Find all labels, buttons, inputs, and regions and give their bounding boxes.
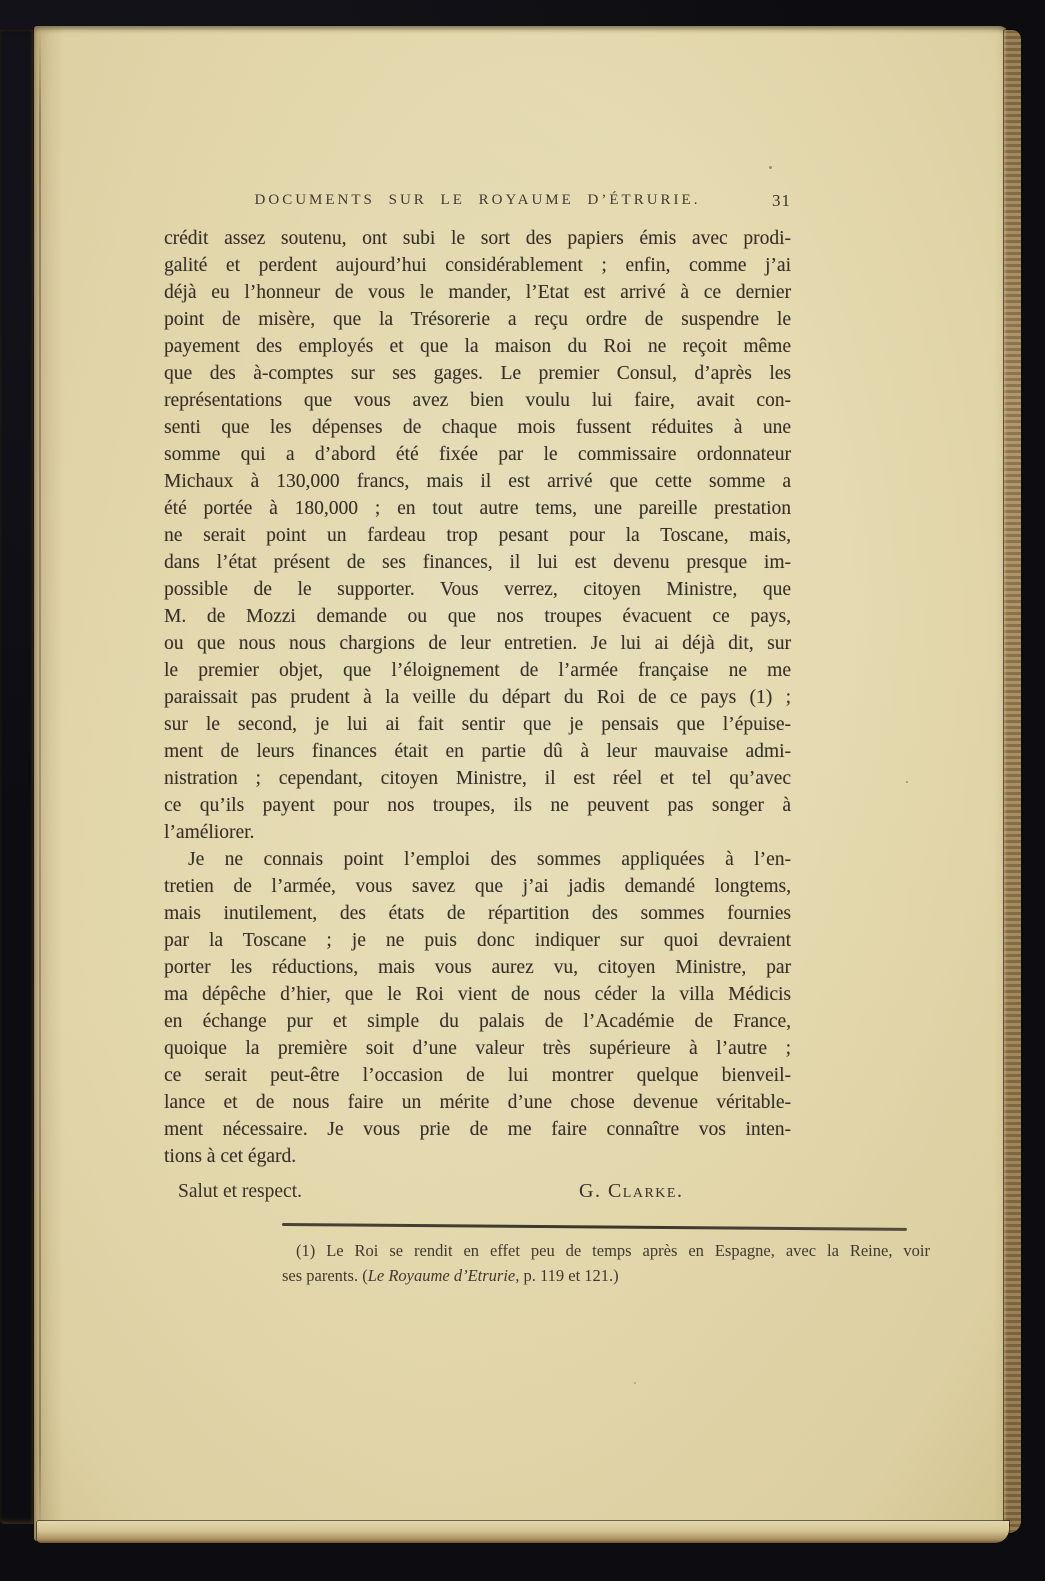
text-line: dans l’état présent de ses finances, il …	[164, 549, 791, 576]
text-line: galité et perdent aujourd’hui considérab…	[164, 252, 791, 279]
text-line: M. de Mozzi demande ou que nos troupes é…	[164, 603, 791, 630]
book-bottom-edge	[37, 1521, 1009, 1543]
text-line: Je ne connais point l’emploi des sommes …	[164, 846, 791, 873]
page-number: 31	[772, 191, 791, 211]
text-line: sur le second, je lui ai fait sentir que…	[164, 711, 791, 738]
text-line: tions à cet égard.	[164, 1143, 791, 1170]
footnote-text: (1) Le Roi se rendit en effet peu de tem…	[296, 1241, 930, 1260]
footnote: (1) Le Roi se rendit en effet peu de tem…	[282, 1238, 930, 1288]
binding-crease	[39, 26, 41, 1541]
scanned-book-photo: { "header": { "title": "DOCUMENTS SUR LE…	[0, 0, 1045, 1581]
text-line: l’améliorer.	[164, 819, 791, 846]
letter-body-text: crédit assez soutenu, ont subi le sort d…	[164, 225, 791, 1170]
salutation: Salut et respect.	[164, 1181, 302, 1202]
text-line: représentations que vous avez bien voulu…	[164, 387, 791, 414]
foxing-speck	[769, 166, 772, 169]
text-line: quoique la première soit d’une valeur tr…	[164, 1035, 791, 1062]
text-line: crédit assez soutenu, ont subi le sort d…	[164, 225, 791, 252]
text-line: senti que les dépenses de chaque mois fu…	[164, 414, 791, 441]
footnote-line: ses parents. (Le Royaume d’Etrurie, p. 1…	[282, 1263, 930, 1288]
text-line: par la Toscane ; je ne puis donc indique…	[164, 927, 791, 954]
text-line: nistration ; cependant, citoyen Ministre…	[164, 765, 791, 792]
text-line: ou que nous nous chargions de leur entre…	[164, 630, 791, 657]
text-line: ne serait point un fardeau trop pesant p…	[164, 522, 791, 549]
text-line: ce serait peut-être l’occasion de lui mo…	[164, 1062, 791, 1089]
footnote-text: , p. 119 et 121.)	[515, 1266, 618, 1285]
text-line: point de misère, que la Trésorerie a reç…	[164, 306, 791, 333]
text-line: ma dépêche d’hier, que le Roi vient de n…	[164, 981, 791, 1008]
text-line: somme qui a d’abord été fixée par le com…	[164, 441, 791, 468]
text-line: possible de le supporter. Vous verrez, c…	[164, 576, 791, 603]
footnote-text: ses parents. (	[282, 1266, 368, 1285]
book-fore-edge	[1004, 30, 1021, 1533]
text-line: ment de leurs finances était en partie d…	[164, 738, 791, 765]
text-line: tretien de l’armée, vous savez que j’ai …	[164, 873, 791, 900]
binding-pages-edge	[0, 30, 34, 1524]
text-line: lance et de nous faire un mérite d’une c…	[164, 1089, 791, 1116]
running-header: DOCUMENTS SUR LE ROYAUME D’ÉTRURIE. 31	[164, 192, 791, 216]
footnote-book-title: Le Royaume d’Etrurie	[368, 1266, 516, 1285]
closing-row: Salut et respect. G. Clarke.	[164, 1178, 791, 1205]
text-line: porter les réductions, mais vous aurez v…	[164, 954, 791, 981]
text-line: payement des employés et que la maison d…	[164, 333, 791, 360]
book-page: DOCUMENTS SUR LE ROYAUME D’ÉTRURIE. 31 c…	[34, 26, 1009, 1541]
footnote-line: (1) Le Roi se rendit en effet peu de tem…	[282, 1238, 930, 1263]
text-line: que des à-comptes sur ses gages. Le prem…	[164, 360, 791, 387]
text-line: le premier objet, que l’éloignement de l…	[164, 657, 791, 684]
text-line: mais inutilement, des états de répartiti…	[164, 900, 791, 927]
foxing-speck	[906, 781, 908, 783]
running-header-title: DOCUMENTS SUR LE ROYAUME D’ÉTRURIE.	[164, 192, 791, 209]
text-line: été portée à 180,000 ; en tout autre tem…	[164, 495, 791, 522]
text-line: en échange pur et simple du palais de l’…	[164, 1008, 791, 1035]
text-line: paraissait pas prudent à la veille du dé…	[164, 684, 791, 711]
text-line: ment nécessaire. Je vous prie de me fair…	[164, 1116, 791, 1143]
foxing-speck	[634, 1382, 636, 1384]
text-line: ce qu’ils payent pour nos troupes, ils n…	[164, 792, 791, 819]
text-line: Michaux à 130,000 francs, mais il est ar…	[164, 468, 791, 495]
footnote-separator-rule	[282, 1223, 907, 1231]
signature: G. Clarke.	[579, 1178, 683, 1205]
text-line: déjà eu l’honneur de vous le mander, l’E…	[164, 279, 791, 306]
